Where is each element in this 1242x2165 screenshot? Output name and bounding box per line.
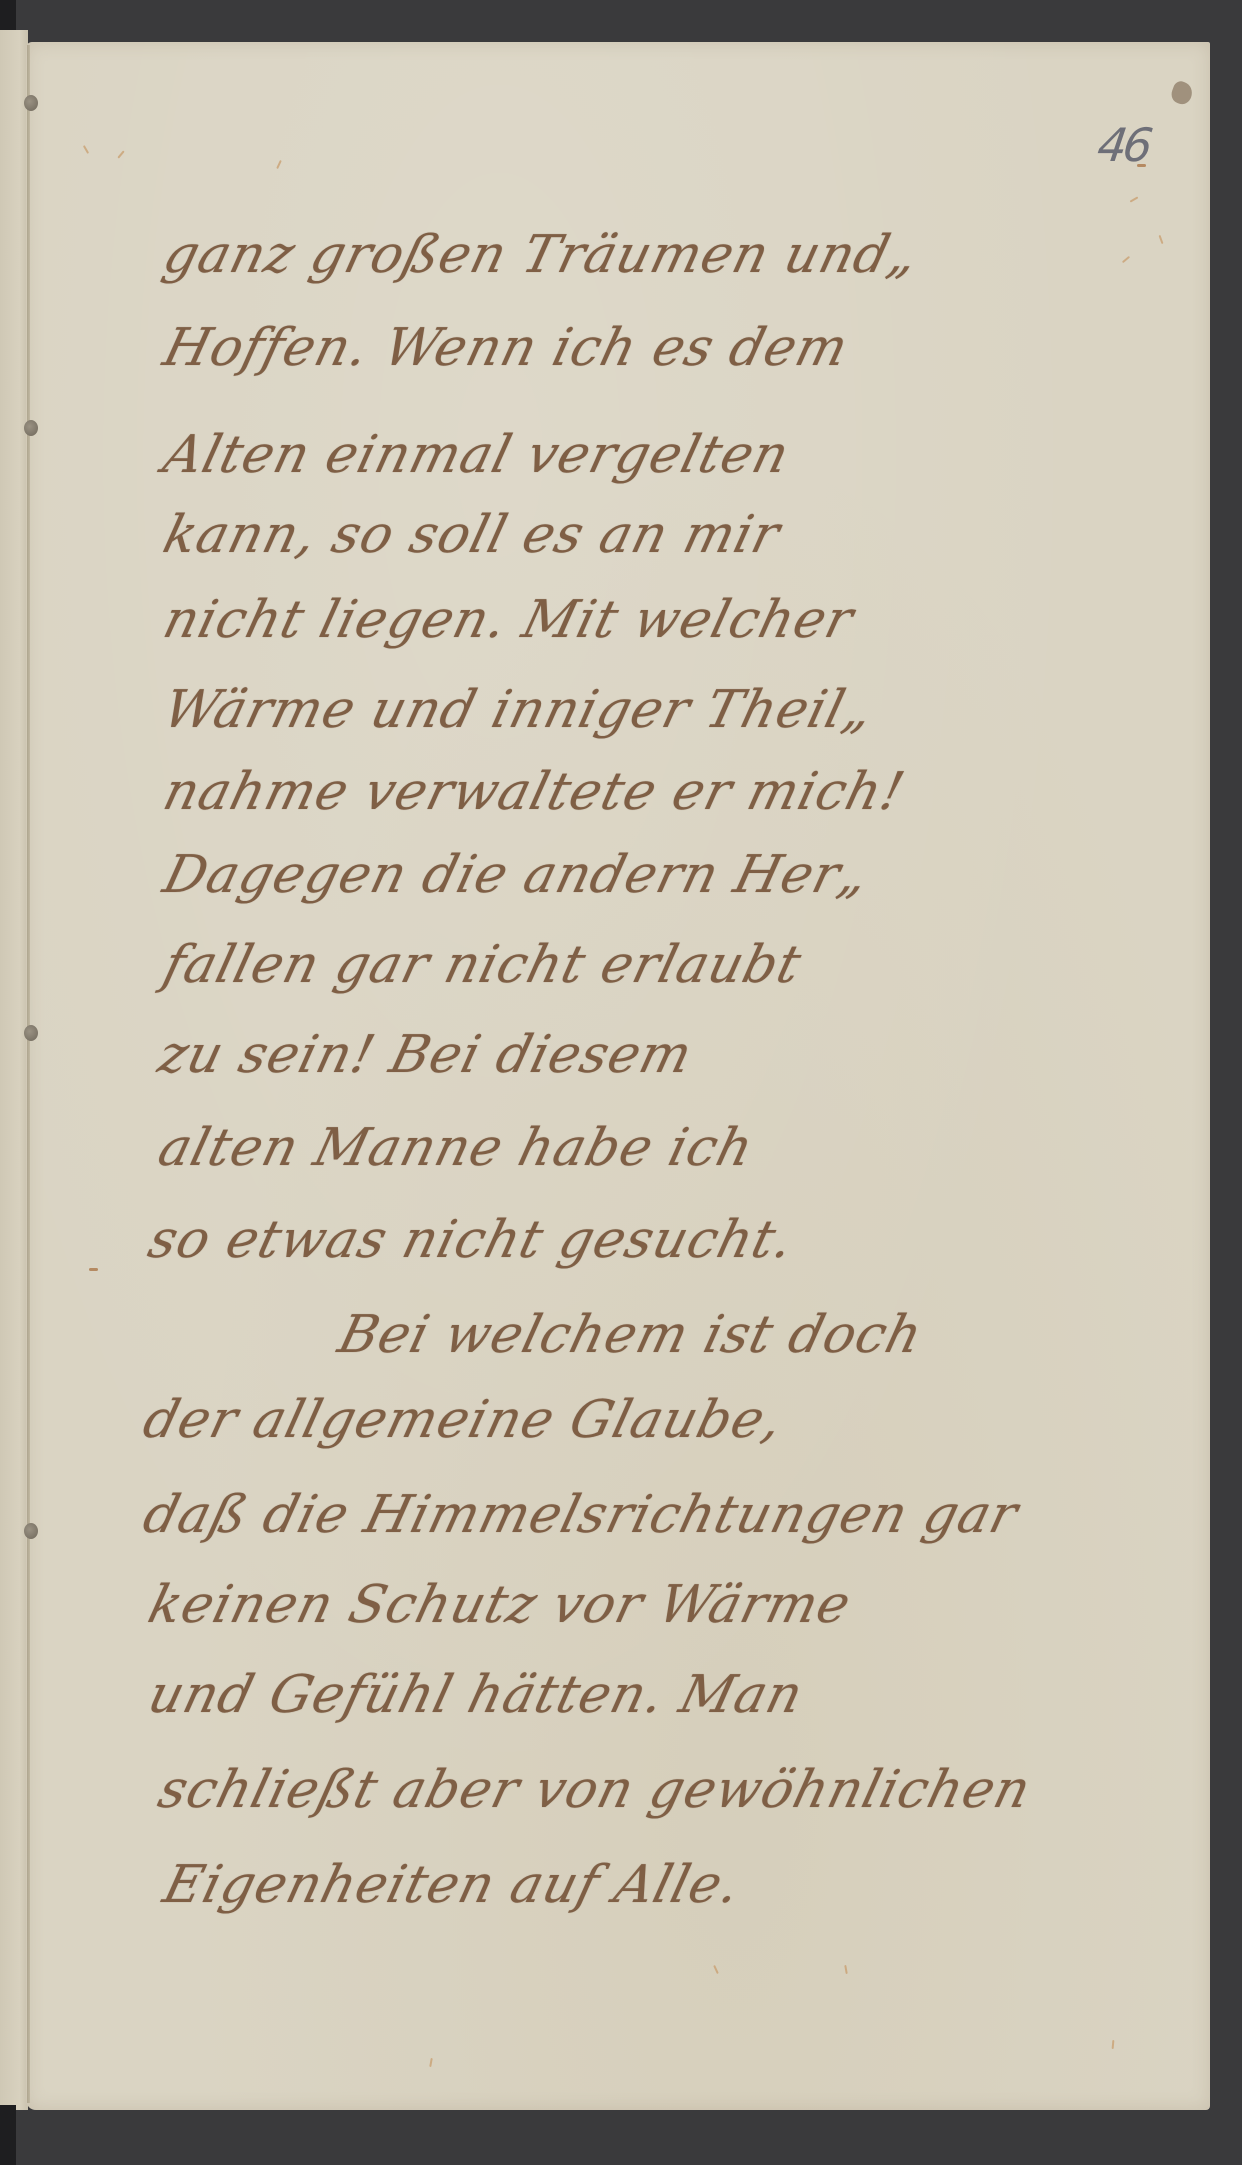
- text-line: und Gefühl hätten. Man: [143, 1665, 810, 1725]
- text-line: so etwas nicht gesucht.: [143, 1210, 800, 1270]
- text-line: nicht liegen. Mit welcher: [158, 590, 860, 650]
- text-line: Alten einmal vergelten: [158, 425, 796, 485]
- text-line: Dagegen die andern Her„: [158, 845, 875, 905]
- text-line: kann, so soll es an mir: [158, 505, 787, 565]
- handwritten-text-block: ganz großen Träumen und„ Hoffen. Wenn ic…: [0, 0, 1242, 2165]
- text-line: Wärme und inniger Theil„: [158, 680, 880, 740]
- text-line: der allgemeine Glaube,: [138, 1390, 789, 1450]
- text-line: Eigenheiten auf Alle.: [158, 1855, 747, 1915]
- text-line: Bei welchem ist doch: [333, 1305, 929, 1365]
- text-line: daß die Himmelsrichtungen gar: [138, 1485, 1025, 1545]
- text-line: zu sein! Bei diesem: [153, 1025, 699, 1085]
- text-line: keinen Schutz vor Wärme: [143, 1575, 858, 1635]
- text-line: nahme verwaltete er mich!: [158, 762, 911, 822]
- text-line: schließt aber von gewöhnlichen: [153, 1760, 1038, 1820]
- text-line: alten Manne habe ich: [153, 1118, 760, 1178]
- text-line: Hoffen. Wenn ich es dem: [158, 318, 855, 378]
- text-line: fallen gar nicht erlaubt: [158, 935, 808, 995]
- manuscript-scan: 46 ganz großen Träumen und„ Hoffen. Wenn…: [0, 0, 1242, 2165]
- text-line: ganz großen Träumen und„: [158, 225, 925, 285]
